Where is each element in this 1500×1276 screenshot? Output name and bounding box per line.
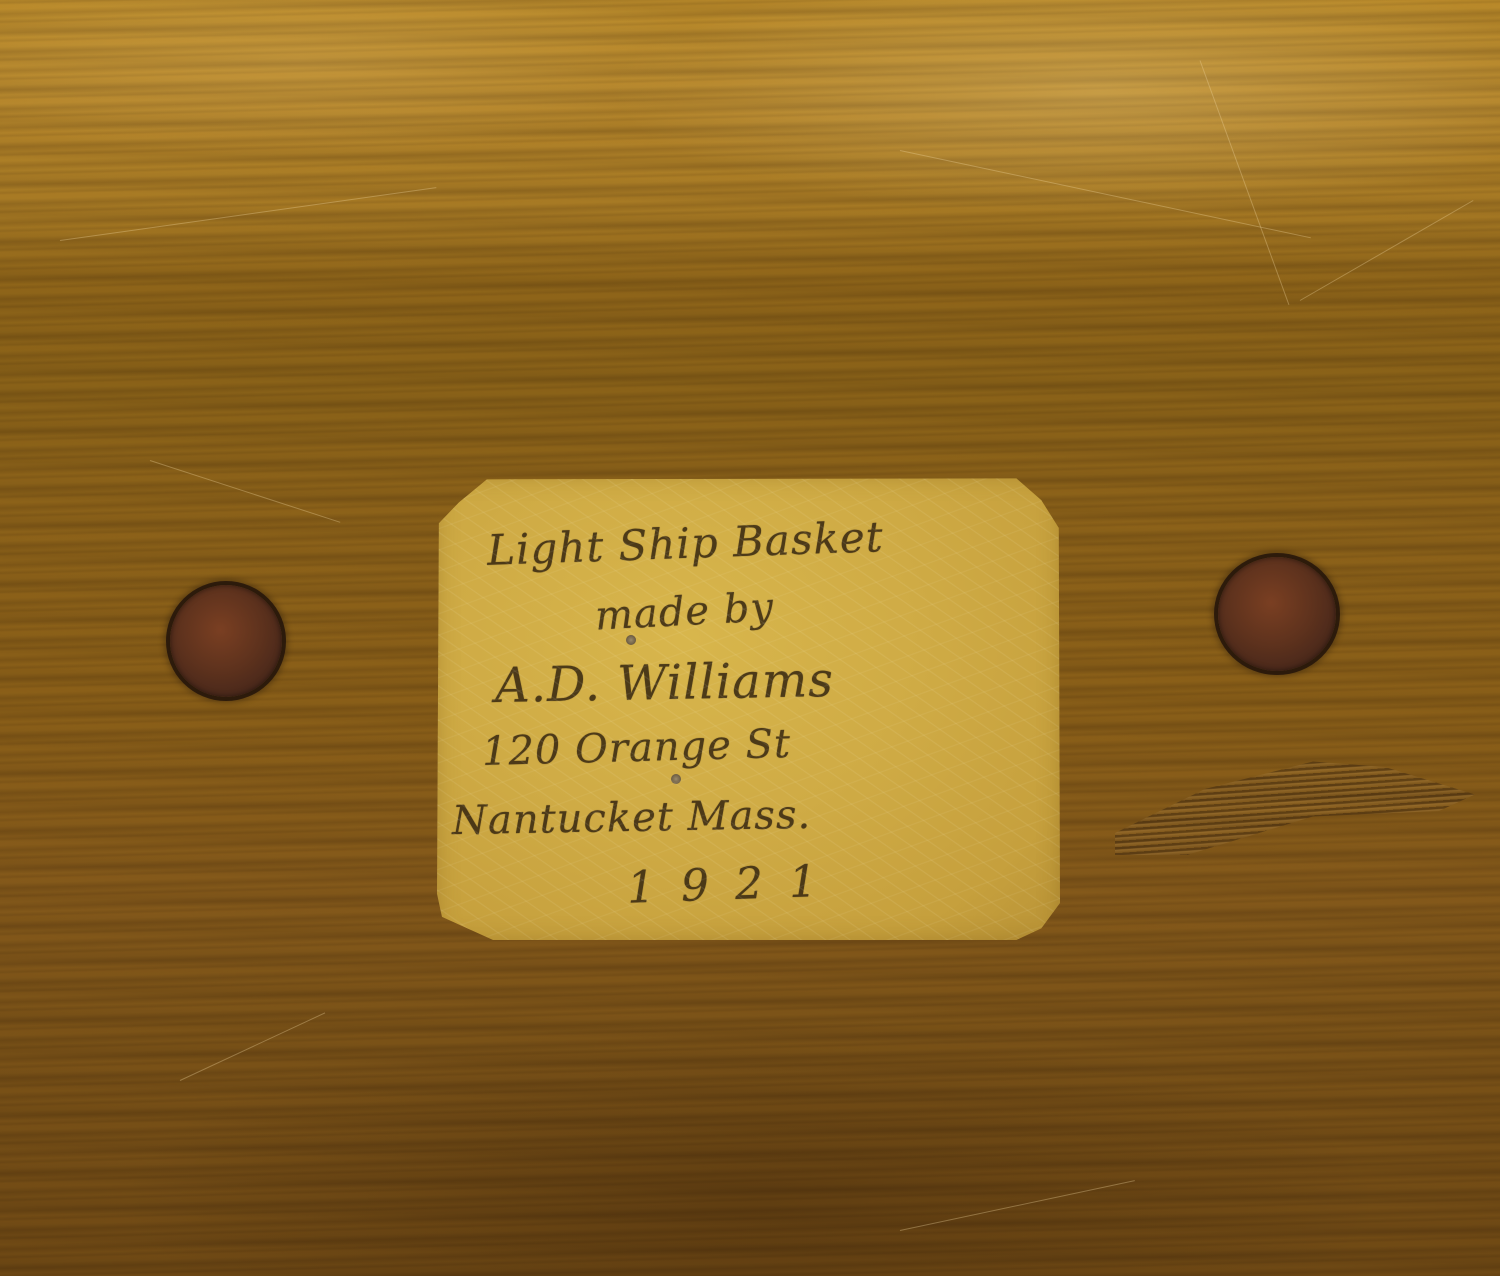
label-line-maker-name: A.D. Williams bbox=[495, 652, 835, 714]
wooden-peg-left bbox=[170, 585, 282, 697]
label-line-made-by: made by bbox=[594, 584, 775, 639]
label-tack bbox=[626, 635, 636, 645]
label-line-town: Nantucket Mass. bbox=[452, 792, 812, 844]
label-line-year: 1921 bbox=[626, 855, 844, 914]
label-line-street-address: 120 Orange St bbox=[481, 721, 791, 775]
maker-label: Light Ship Basket made by A.D. Williams … bbox=[437, 477, 1060, 940]
wooden-basket-base-photo: Light Ship Basket made by A.D. Williams … bbox=[0, 0, 1500, 1276]
label-line-basket-type: Light Ship Basket bbox=[486, 512, 884, 575]
label-tack bbox=[671, 774, 681, 784]
wooden-peg-right bbox=[1218, 557, 1336, 671]
